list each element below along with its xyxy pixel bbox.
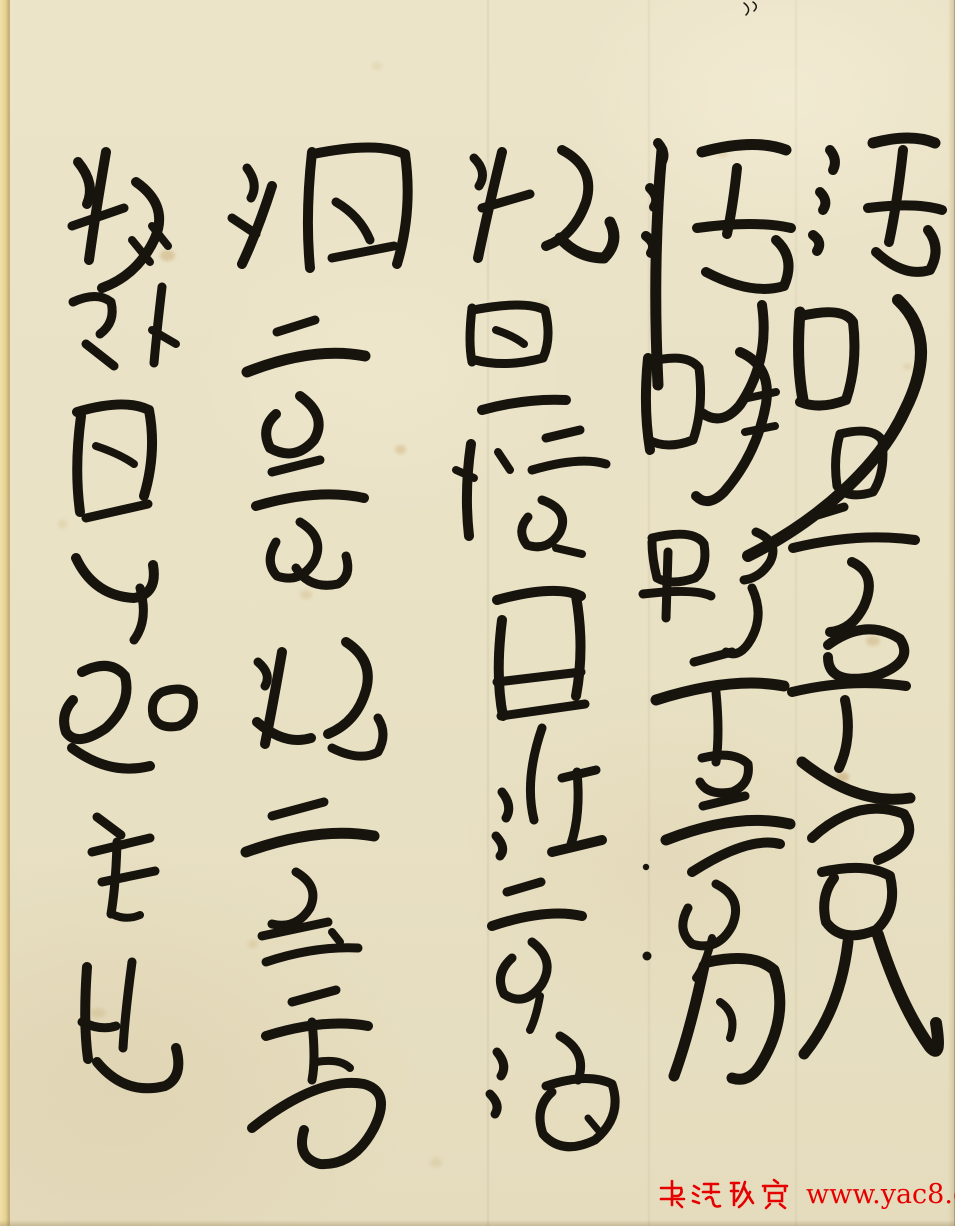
calligraphy-column-1 — [748, 138, 942, 1054]
pencil-mark — [744, 2, 756, 15]
calligraphy-column-2 — [643, 143, 791, 1079]
calligraphy-column-4 — [232, 148, 408, 1165]
ink-splatter-dot — [643, 864, 652, 961]
watermark: 书法欣赏 www.yac8.com — [656, 1177, 955, 1211]
watermark-site-name-glyphs — [656, 1178, 794, 1210]
watermark-url-text: www.yac8.com — [806, 1179, 955, 1210]
calligraphy-column-5 — [64, 152, 193, 1088]
calligraphy-svg — [0, 0, 955, 1226]
calligraphy-column-3 — [456, 150, 615, 1147]
calligraphy-paper: 清明日宴家兄 清明野草春風 特因一憶曲江花海 烟花雲路雪青 物外思如生吹 — [0, 0, 955, 1226]
